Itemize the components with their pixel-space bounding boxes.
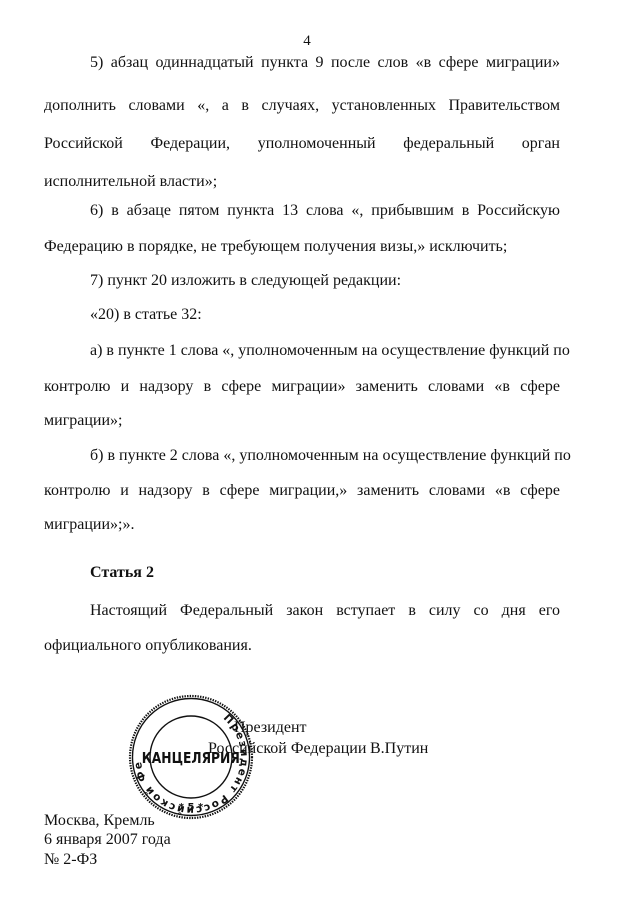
paragraph-5-line-3: Российской Федерации, уполномоченный фед… <box>44 134 560 154</box>
paragraph-a-line-3: миграции»; <box>44 411 122 431</box>
seal-stamp: Президент Российской Федерации КАНЦЕЛЯРИ… <box>126 692 256 822</box>
paragraph-a-line-2: контролю и надзору в сфере миграции» зам… <box>44 377 560 397</box>
seal-center-text: КАНЦЕЛЯРИЯ <box>142 750 240 767</box>
footer-law-number: № 2-ФЗ <box>44 851 97 869</box>
paragraph-5-line-1: 5) абзац одиннадцатый пункта 9 после сло… <box>90 53 560 73</box>
paragraph-b-line-3: миграции»;». <box>44 515 134 535</box>
footer-date: 6 января 2007 года <box>44 831 171 849</box>
footer-place: Москва, Кремль <box>44 812 155 830</box>
paragraph-7: 7) пункт 20 изложить в следующей редакци… <box>90 271 401 291</box>
paragraph-5-line-2: дополнить словами «, а в случаях, устано… <box>44 96 560 116</box>
seal-icon: Президент Российской Федерации КАНЦЕЛЯРИ… <box>126 692 256 822</box>
page-number: 4 <box>0 33 614 50</box>
paragraph-6-line-1: 6) в абзаце пятом пункта 13 слова «, при… <box>90 201 560 221</box>
signature-name: В.Путин <box>370 739 428 759</box>
paragraph-6-line-2: Федерацию в порядке, не требующем получе… <box>44 237 507 257</box>
paragraph-a-line-1: а) в пункте 1 слова «, уполномоченным на… <box>90 341 560 361</box>
paragraph-5-line-4: исполнительной власти»; <box>44 172 217 192</box>
article-2-heading: Статья 2 <box>90 563 154 583</box>
paragraph-20: «20) в статье 32: <box>90 305 202 325</box>
seal-bottom-text: * 5 * <box>179 802 204 813</box>
article-2-line-2: официального опубликования. <box>44 636 252 656</box>
article-2-line-1: Настоящий Федеральный закон вступает в с… <box>90 601 560 621</box>
paragraph-b-line-2: контролю и надзору в сфере миграции,» за… <box>44 481 560 501</box>
paragraph-b-line-1: б) в пункте 2 слова «, уполномоченным на… <box>90 446 560 466</box>
